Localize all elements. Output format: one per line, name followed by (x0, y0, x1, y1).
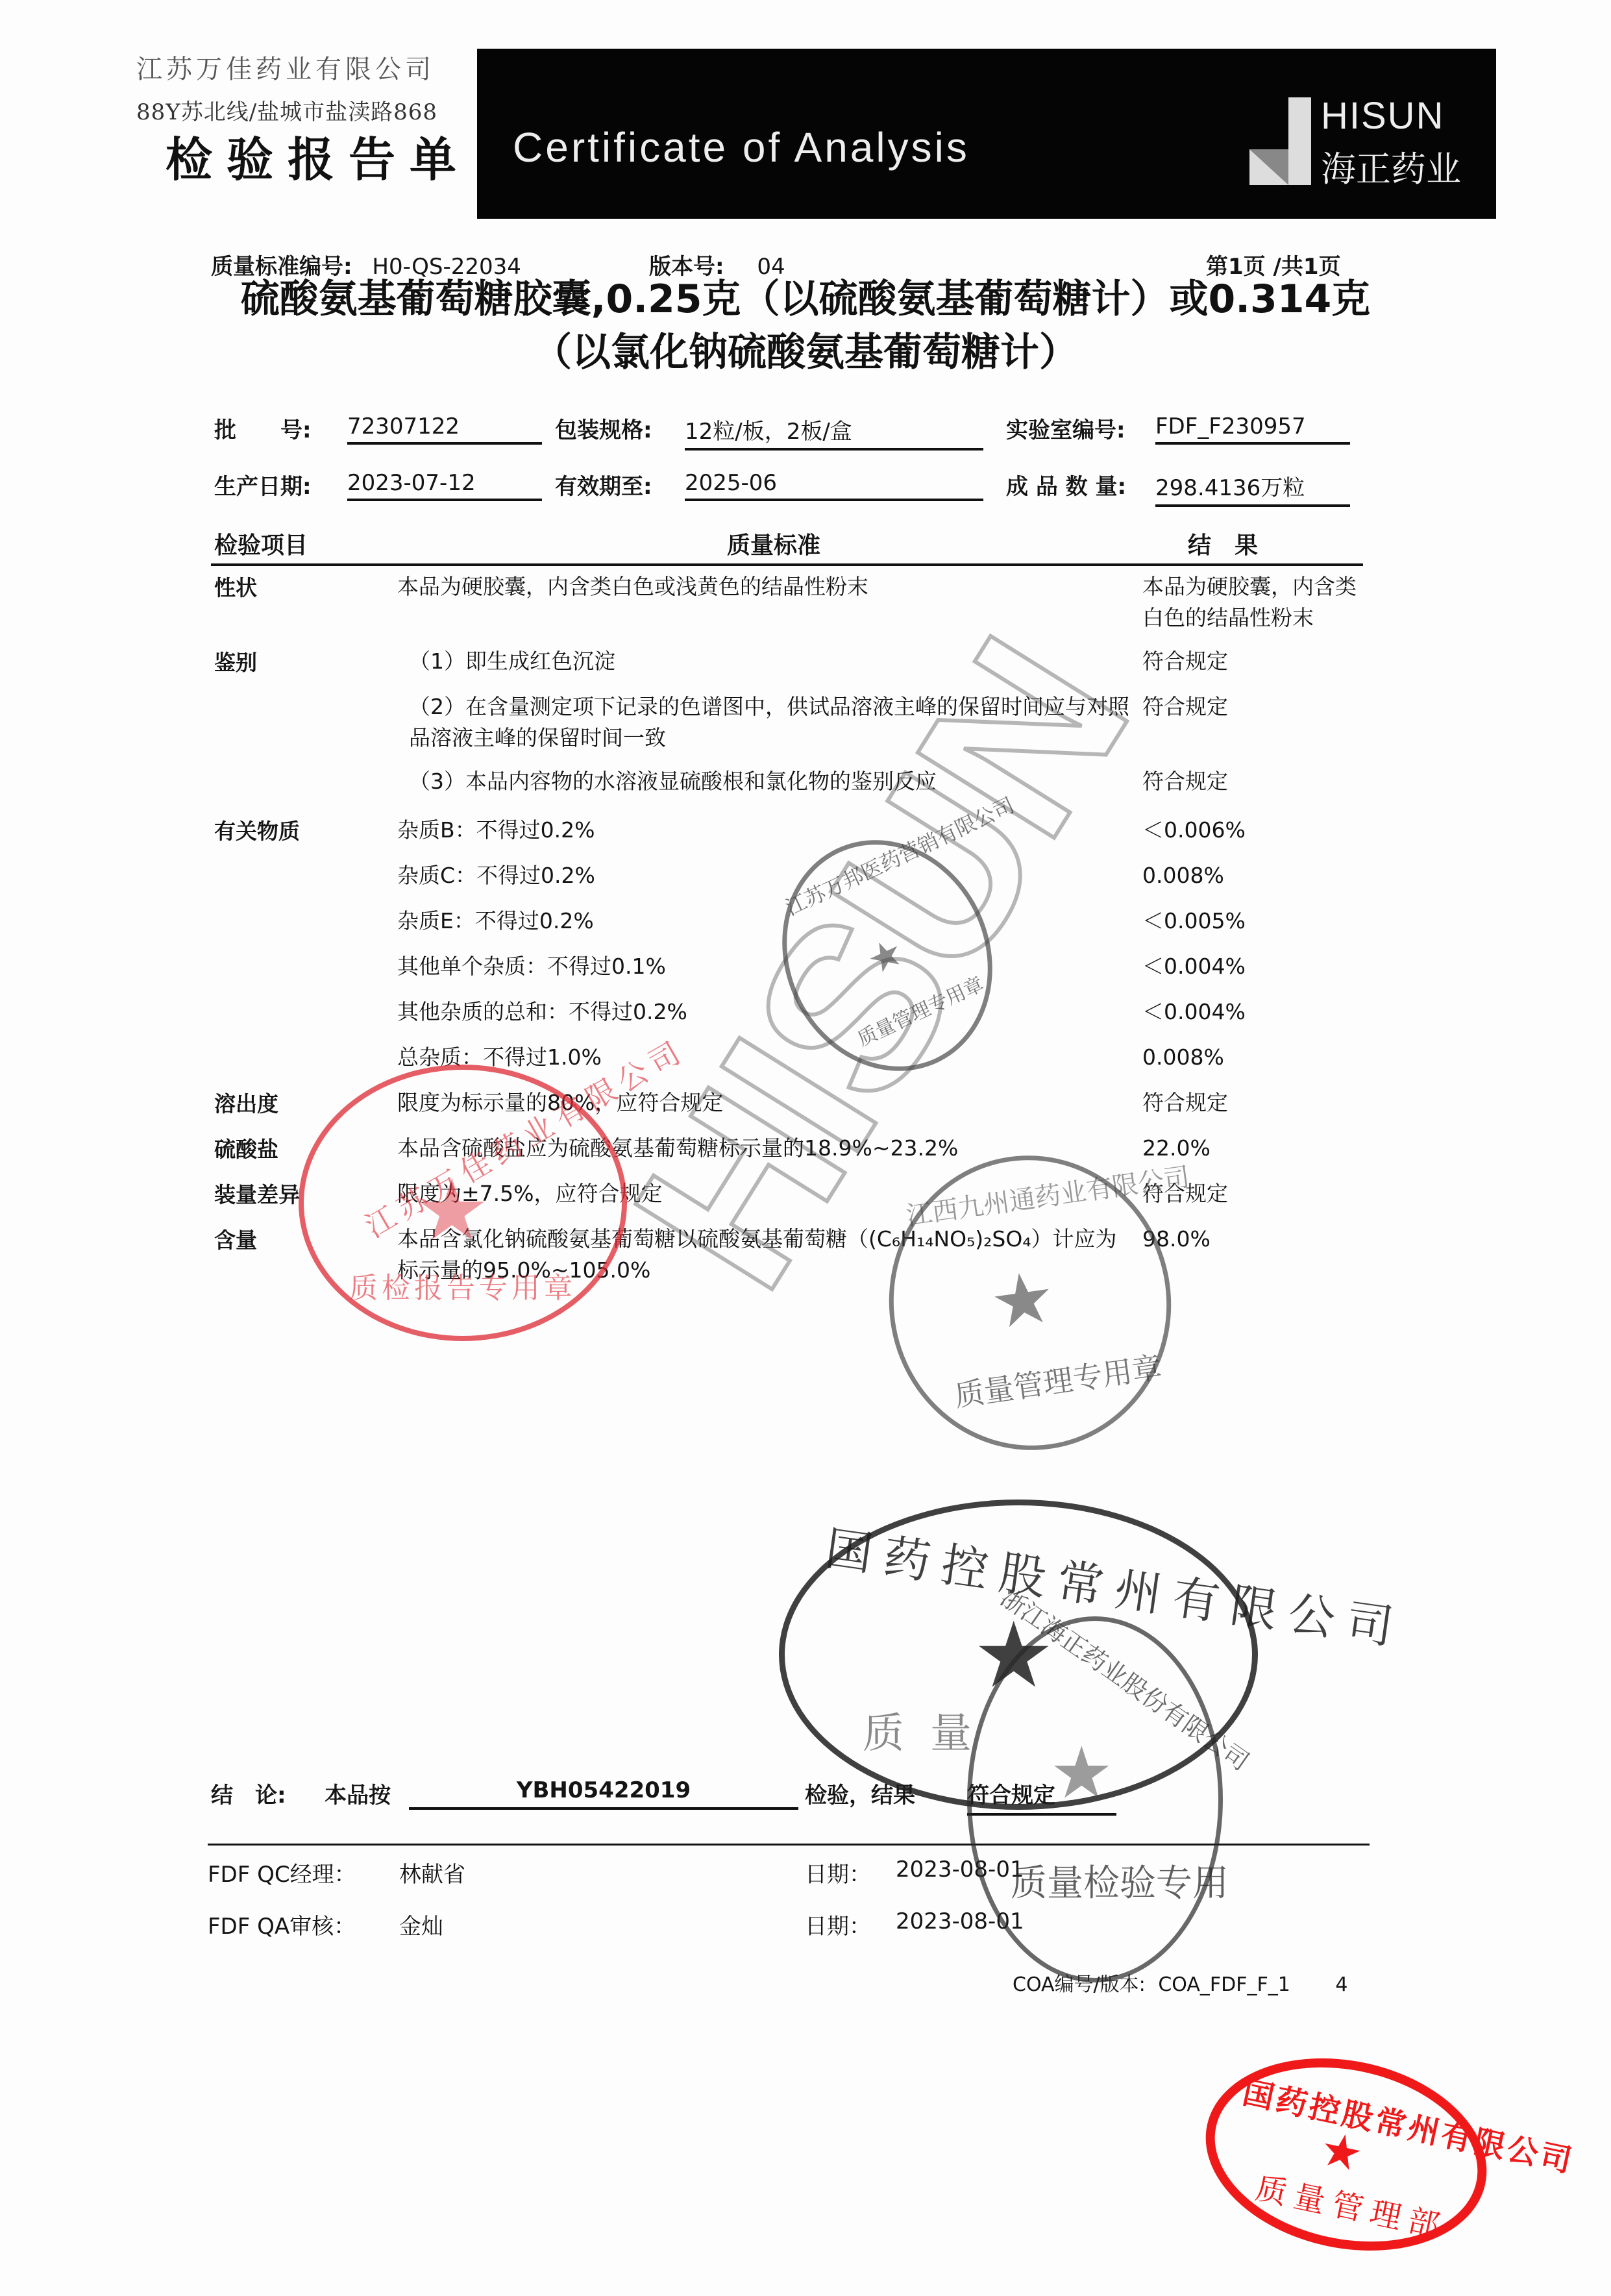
table-row-result: 符合规定 (1142, 691, 1228, 722)
table-row-item: 硫酸盐 (214, 1133, 278, 1163)
company-overlay: 江苏万佳药业有限公司 (136, 49, 435, 86)
qa-review-name: 金灿 (399, 1908, 443, 1940)
package-value: 12粒/板，2板/盒 (685, 414, 983, 451)
qc-manager-role: FDF QC经理： (208, 1857, 356, 1888)
table-row-result: 符合规定 (1142, 1087, 1228, 1118)
product-title: 硫酸氨基葡萄糖胶囊,0.25克（以硫酸氨基葡萄糖计）或0.314克 （以氯化钠硫… (0, 273, 1611, 379)
qa-review-role: FDF QA审核： (208, 1908, 356, 1940)
expiry-value: 2025-06 (685, 470, 983, 501)
column-header-standard: 质量标准 (727, 527, 820, 560)
brand-name-en: HISUN (1321, 94, 1444, 138)
table-row-item: 装量差异 (214, 1178, 300, 1209)
manufacture-date-label: 生产日期: (214, 469, 312, 500)
table-row-result: ＜0.006% (1142, 815, 1246, 846)
table-row-result: 0.008% (1142, 1042, 1224, 1073)
batch-label: 批 号: (214, 412, 312, 444)
table-row-result: ＜0.004% (1142, 951, 1246, 982)
quantity-value: 298.4136万粒 (1155, 470, 1350, 507)
lab-number-value: FDF_F230957 (1155, 414, 1350, 445)
table-row-item: 溶出度 (214, 1087, 278, 1118)
coa-number: COA编号/版本: COA_FDF_F_1 4 (1013, 1968, 1347, 1997)
table-row-result: 符合规定 (1142, 1178, 1228, 1209)
hisun-logo-icon (1236, 97, 1314, 188)
table-row-item: 性状 (214, 571, 257, 602)
qc-date: 2023-08-01 (896, 1857, 1024, 1882)
batch-value: 72307122 (347, 414, 542, 445)
table-header-divider (211, 563, 1363, 566)
table-row-result: 98.0% (1142, 1224, 1211, 1255)
table-row-result: ＜0.004% (1142, 996, 1246, 1028)
conclusion-standard: YBH05422019 (409, 1777, 798, 1810)
address-overlay: 88Y苏北线/盐城市盐渎路868 (136, 94, 437, 126)
report-title-cn: 检验报告单 (166, 122, 471, 190)
report-title-en: Certificate of Analysis (513, 123, 970, 171)
table-row-result: 本品为硬胶囊，内含类白色的结晶性粉末 (1142, 571, 1376, 634)
conclusion-divider (208, 1844, 1370, 1845)
brand-name-cn: 海正药业 (1321, 142, 1461, 191)
package-label: 包装规格: (555, 412, 652, 444)
table-row-result: ＜0.005% (1142, 906, 1246, 937)
table-row-item: 有关物质 (214, 815, 300, 845)
conclusion-label: 结 论: (211, 1777, 286, 1809)
qc-date-label: 日期： (805, 1857, 871, 1888)
conclusion-result: 符合规定 (967, 1777, 1116, 1816)
expiry-label: 有效期至: (555, 469, 652, 500)
table-row-item: 含量 (214, 1224, 257, 1254)
qa-date: 2023-08-01 (896, 1908, 1024, 1934)
conclusion-mid: 检验，结果 (805, 1777, 915, 1809)
table-row-item: 鉴别 (214, 646, 257, 676)
header-banner: Certificate of Analysis HISUN 海正药业 (477, 49, 1496, 219)
quantity-label: 成 品 数 量: (1006, 469, 1126, 500)
conclusion-prefix: 本品按 (325, 1777, 391, 1809)
column-header-result: 结 果 (1188, 527, 1258, 560)
qc-manager-name: 林献省 (399, 1857, 465, 1888)
qa-date-label: 日期： (805, 1908, 871, 1940)
table-row-standard: 本品为硬胶囊，内含类白色或浅黄色的结晶性粉末 (397, 571, 1144, 602)
table-row-result: 符合规定 (1142, 646, 1228, 677)
table-row-result: 22.0% (1142, 1133, 1211, 1164)
lab-number-label: 实验室编号: (1006, 412, 1125, 444)
column-header-item: 检验项目 (214, 527, 308, 560)
manufacture-date-value: 2023-07-12 (347, 470, 542, 501)
table-row-result: 0.008% (1142, 860, 1224, 891)
